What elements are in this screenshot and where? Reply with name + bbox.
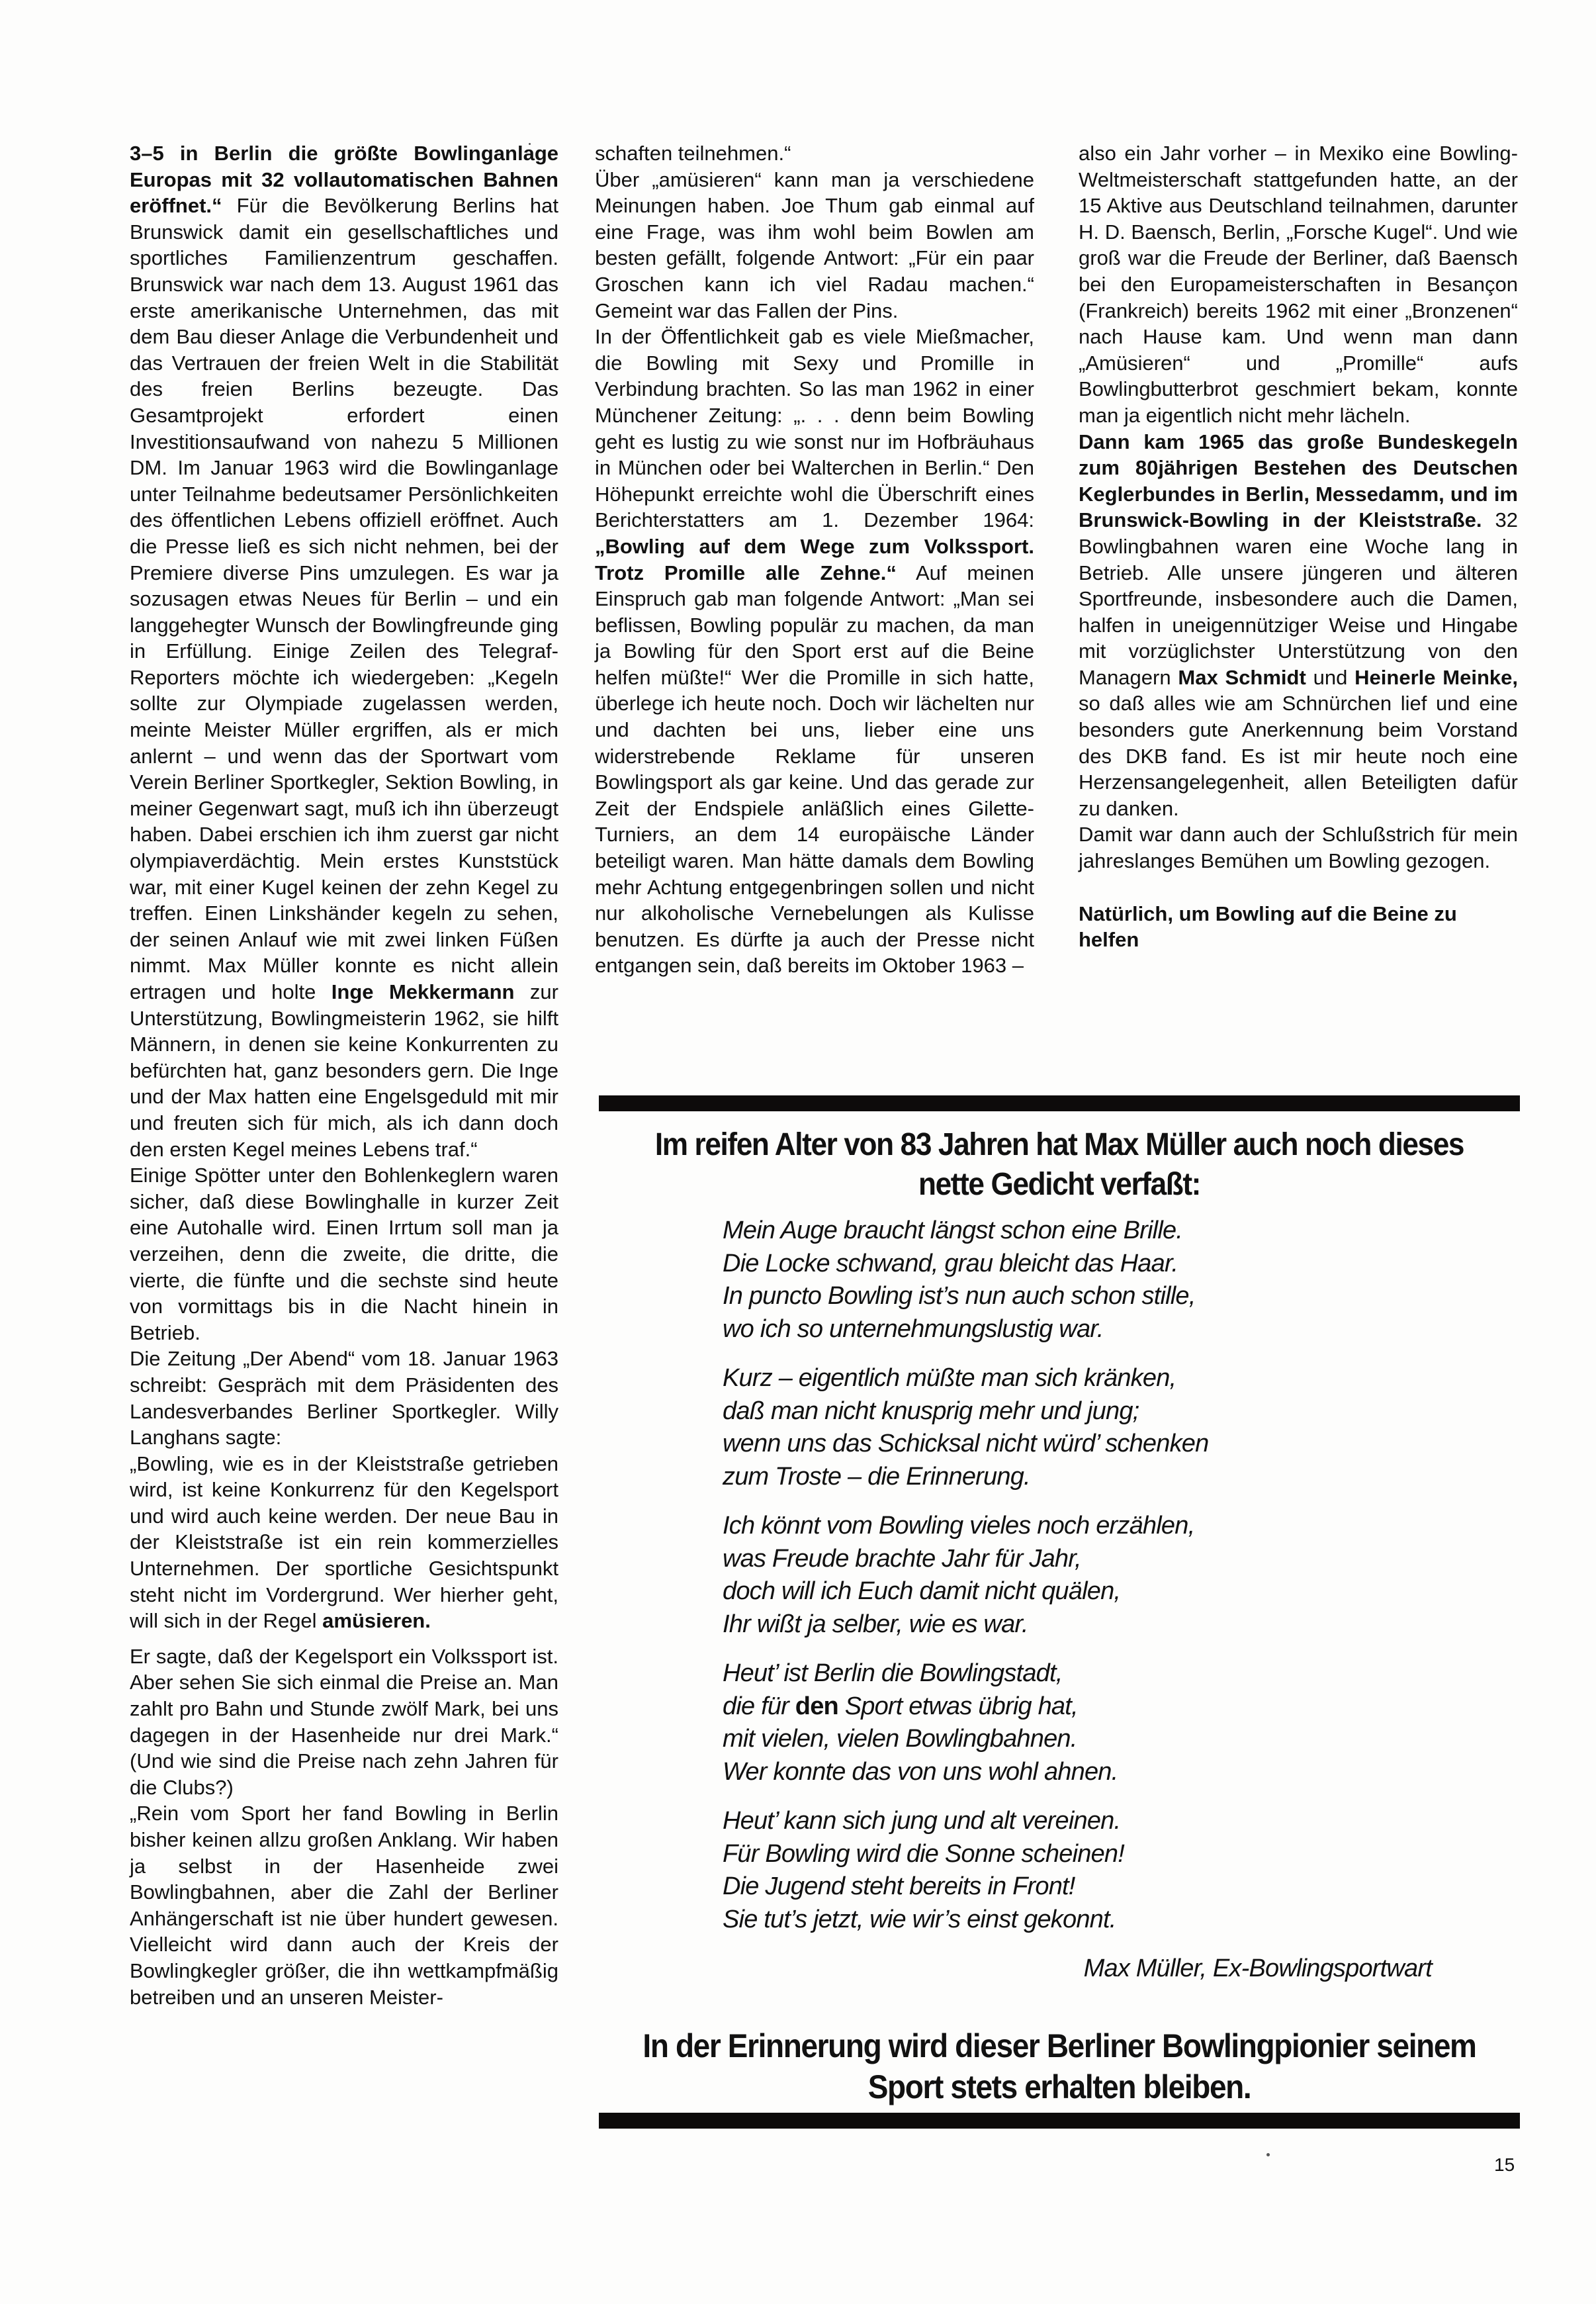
text-run: so daß alles wie am Schnürchen lief und … [1079, 692, 1518, 819]
poem-line: Mein Auge braucht längst schon eine Bril… [723, 1215, 1450, 1248]
closing-subheading: Natürlich, um Bowling auf die Beine zu h… [1079, 901, 1518, 953]
poem-line: Die Jugend steht bereits in Front! [723, 1870, 1450, 1904]
text-run: Die Zeitung „Der Abend“ vom 18. Januar 1… [130, 1347, 558, 1449]
article-paragraph: Dann kam 1965 das große Bundeskegeln zum… [1079, 429, 1518, 822]
poem-line: was Freude brachte Jahr für Jahr, [723, 1543, 1450, 1576]
article-column-1: 3–5 in Berlin die größte Bowlinganlage E… [130, 140, 558, 2010]
poem-stanza: Heut’ kann sich jung und alt vereinen.Fü… [723, 1805, 1450, 1936]
poem-stanza: Heut’ ist Berlin die Bowlingstadt,die fü… [723, 1657, 1450, 1788]
article-paragraph: 3–5 in Berlin die größte Bowlinganlage E… [130, 140, 558, 1162]
text-run: Er sagte, daß der Kegelsport ein Volkssp… [130, 1645, 558, 1799]
article-column-3: also ein Jahr vorher – in Mexiko eine Bo… [1079, 140, 1518, 953]
scan-speck [1266, 2153, 1270, 2156]
poem-line: Die Locke schwand, grau bleicht das Haar… [723, 1248, 1450, 1281]
top-divider-rule [599, 1095, 1520, 1111]
poem-line: Heut’ kann sich jung und alt vereinen. [723, 1805, 1450, 1838]
poem: Mein Auge braucht längst schon eine Bril… [723, 1215, 1450, 1986]
poem-line: die für den Sport etwas übrig hat, [723, 1690, 1450, 1724]
poem-line: Sie tut’s jetzt, wie wir’s einst gekonnt… [723, 1904, 1450, 1937]
article-paragraph: Die Zeitung „Der Abend“ vom 18. Januar 1… [130, 1346, 558, 1450]
poem-line: daß man nicht knusprig mehr und jung; [723, 1395, 1450, 1428]
text-run: Damit war dann auch der Schlußstrich für… [1079, 823, 1518, 872]
article-paragraph: schaften teilnehmen.“ [595, 140, 1034, 167]
bold-text-run: Inge Mekkermann [332, 980, 515, 1003]
text-run: Für die Bevölkerung Berlins hat Brunswic… [130, 194, 558, 1003]
article-column-2: schaften teilnehmen.“Über „amüsieren“ ka… [595, 140, 1034, 979]
text-run: zur Unterstützung, Bowlingmeisterin 1962… [130, 980, 558, 1161]
text-run: „Rein vom Sport her fand Bowling in Berl… [130, 1802, 558, 2008]
article-paragraph: Er sagte, daß der Kegelsport ein Volkssp… [130, 1643, 558, 1801]
text-run: und [1306, 666, 1354, 689]
poem-heading: Im reifen Alter von 83 Jahren hat Max Mü… [636, 1125, 1484, 1205]
poem-line: Wer konnte das von uns wohl ahnen. [723, 1756, 1450, 1789]
poem-line: In puncto Bowling ist’s nun auch schon s… [723, 1280, 1450, 1313]
article-paragraph: Über „amüsieren“ kann man ja verschieden… [595, 167, 1034, 324]
bold-text-run: Dann kam 1965 das große Bundeskegeln zum… [1079, 430, 1518, 532]
text-run: Über „amüsieren“ kann man ja verschieden… [595, 168, 1034, 322]
poem-stanza: Kurz – eigentlich müßte man sich kränken… [723, 1362, 1450, 1493]
poem-line: Ich könnt vom Bowling vieles noch erzähl… [723, 1510, 1450, 1543]
closing-heading: In der Erinnerung wird dieser Berliner B… [636, 2025, 1484, 2107]
article-paragraph: also ein Jahr vorher – in Mexiko eine Bo… [1079, 140, 1518, 429]
bold-text-run: amüsieren. [322, 1609, 431, 1632]
bold-text-run: Heinerle Meinke, [1354, 666, 1518, 689]
article-paragraph: „Bowling, wie es in der Kleiststraße get… [130, 1451, 558, 1634]
poem-stanza: Mein Auge braucht längst schon eine Bril… [723, 1215, 1450, 1346]
article-paragraph: Einige Spötter unter den Bohlenkeglern w… [130, 1162, 558, 1346]
poem-line: Kurz – eigentlich müßte man sich kränken… [723, 1362, 1450, 1395]
poem-line: doch will ich Euch damit nicht quälen, [723, 1575, 1450, 1608]
article-paragraph: Damit war dann auch der Schlußstrich für… [1079, 821, 1518, 874]
bold-text-run: Max Schmidt [1178, 666, 1306, 689]
text-run: schaften teilnehmen.“ [595, 142, 791, 165]
text-run: 32 Bowlingbahnen waren eine Woche lang i… [1079, 508, 1518, 689]
column-3-body: also ein Jahr vorher – in Mexiko eine Bo… [1079, 140, 1518, 874]
text-run: „Bowling, wie es in der Kleiststraße get… [130, 1452, 558, 1633]
poem-line: mit vielen, vielen Bowlingbahnen. [723, 1723, 1450, 1756]
poem-line: wenn uns das Schicksal nicht würd’ schen… [723, 1428, 1450, 1461]
text-run: In der Öffentlichkeit gab es viele Mießm… [595, 325, 1034, 531]
article-paragraph: „Rein vom Sport her fand Bowling in Berl… [130, 1800, 558, 2010]
text-run: also ein Jahr vorher – in Mexiko eine Bo… [1079, 142, 1518, 427]
text-run: Einige Spötter unter den Bohlenkeglern w… [130, 1164, 558, 1344]
page-number: 15 [1494, 2154, 1515, 2176]
poem-line: wo ich so unternehmungslustig war. [723, 1313, 1450, 1346]
poem-stanza: Ich könnt vom Bowling vieles noch erzähl… [723, 1510, 1450, 1641]
text-run: Auf meinen Einspruch gab man folgende An… [595, 561, 1034, 978]
poem-line: Für Bowling wird die Sonne scheinen! [723, 1838, 1450, 1871]
article-paragraph: In der Öffentlichkeit gab es viele Mießm… [595, 324, 1034, 979]
poem-signature: Max Müller, Ex-Bowlingsportwart [723, 1953, 1450, 1986]
bottom-divider-rule [599, 2113, 1520, 2129]
poem-stanzas: Mein Auge braucht längst schon eine Bril… [723, 1215, 1450, 1936]
scan-speck [529, 143, 531, 145]
poem-line: zum Troste – die Erinnerung. [723, 1461, 1450, 1494]
poem-line: Ihr wißt ja selber, wie es war. [723, 1608, 1450, 1641]
poem-line: Heut’ ist Berlin die Bowlingstadt, [723, 1657, 1450, 1690]
